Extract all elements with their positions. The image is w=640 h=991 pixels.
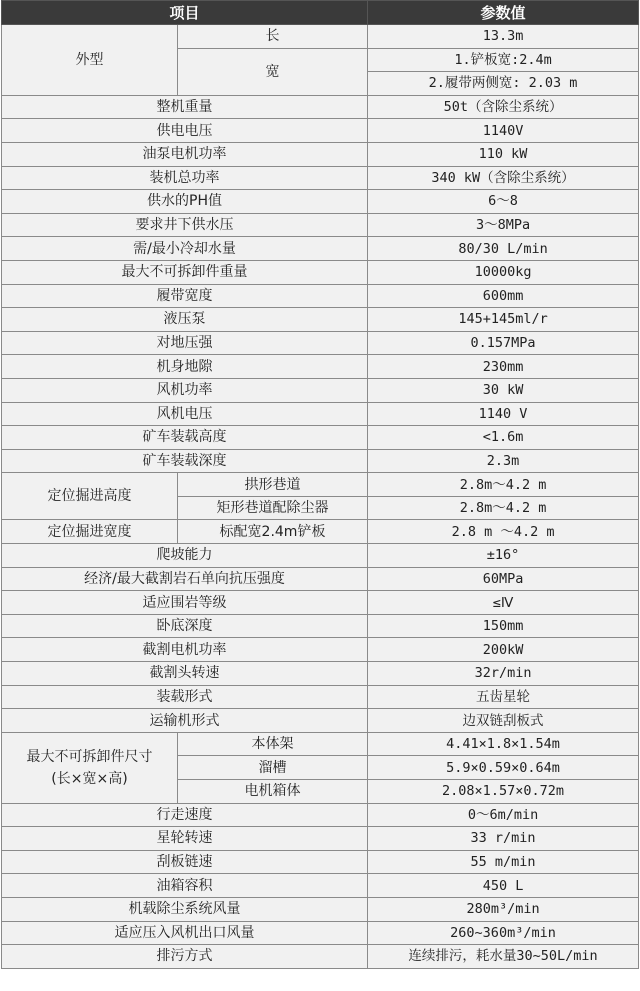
row-value: 2.8m～4.2 m: [368, 496, 639, 520]
table-row: 排污方式连续排污，耗水量30~50L/min: [2, 945, 639, 969]
table-row: 星轮转速33 r/min: [2, 827, 639, 851]
table-row: 外型 长 13.3m: [2, 25, 639, 49]
row-label: 液压泵: [2, 308, 368, 332]
row-label: 供电电压: [2, 119, 368, 143]
table-row: 对地压强0.157MPa: [2, 331, 639, 355]
table-row: 风机功率30 kW: [2, 378, 639, 402]
row-label: 机身地隙: [2, 355, 368, 379]
row-label: 最大不可拆卸件尺寸 (长×宽×高): [2, 732, 178, 803]
row-value: 32r/min: [368, 662, 639, 686]
sub-label: 标配宽2.4m铲板: [178, 520, 368, 544]
sub-label: 宽: [178, 48, 368, 95]
table-row: 行走速度0～6m/min: [2, 803, 639, 827]
row-label: 截割电机功率: [2, 638, 368, 662]
row-value: 10000kg: [368, 260, 639, 284]
table-row: 最大不可拆卸件重量10000kg: [2, 260, 639, 284]
row-label: 机载除尘系统风量: [2, 897, 368, 921]
sub-label: 拱形巷道: [178, 473, 368, 497]
table-row: 适应压入风机出口风量260~360m³/min: [2, 921, 639, 945]
row-label: 爬坡能力: [2, 544, 368, 568]
table-row: 最大不可拆卸件尺寸 (长×宽×高) 本体架 4.41×1.8×1.54m: [2, 732, 639, 756]
row-value: 2.8m～4.2 m: [368, 473, 639, 497]
row-value: 2.8 m ～4.2 m: [368, 520, 639, 544]
row-value: 50t（含除尘系统）: [368, 95, 639, 119]
row-value: 60MPa: [368, 567, 639, 591]
row-label: 履带宽度: [2, 284, 368, 308]
table-row: 矿车装载高度<1.6m: [2, 426, 639, 450]
row-label: 供水的PH值: [2, 190, 368, 214]
sub-label: 溜槽: [178, 756, 368, 780]
table-row: 整机重量50t（含除尘系统）: [2, 95, 639, 119]
row-label: 星轮转速: [2, 827, 368, 851]
row-label: 对地压强: [2, 331, 368, 355]
row-label: 运输机形式: [2, 709, 368, 733]
row-value: 边双链刮板式: [368, 709, 639, 733]
table-row: 截割头转速32r/min: [2, 662, 639, 686]
row-value: 145+145ml/r: [368, 308, 639, 332]
row-value: 55 m/min: [368, 850, 639, 874]
header-value: 参数值: [368, 1, 639, 25]
row-label: 风机功率: [2, 378, 368, 402]
row-label: 经济/最大截割岩石单向抗压强度: [2, 567, 368, 591]
table-row: 风机电压1140 V: [2, 402, 639, 426]
table-row: 要求井下供水压3～8MPa: [2, 213, 639, 237]
table-row: 卧底深度150mm: [2, 614, 639, 638]
table-row: 机身地隙230mm: [2, 355, 639, 379]
row-value: 1.铲板宽:2.4m: [368, 48, 639, 72]
table-row: 装载形式五齿星轮: [2, 685, 639, 709]
row-value: 340 kW（含除尘系统）: [368, 166, 639, 190]
row-value: 连续排污，耗水量30~50L/min: [368, 945, 639, 969]
row-value: 30 kW: [368, 378, 639, 402]
table-row: 定位掘进高度 拱形巷道 2.8m～4.2 m: [2, 473, 639, 497]
table-row: 需/最小冷却水量80/30 L/min: [2, 237, 639, 261]
row-label: 定位掘进宽度: [2, 520, 178, 544]
row-label: 风机电压: [2, 402, 368, 426]
row-label-line1: 最大不可拆卸件尺寸: [2, 746, 177, 768]
row-value: 1140V: [368, 119, 639, 143]
row-value: 230mm: [368, 355, 639, 379]
table-row: 适应围岩等级≤Ⅳ: [2, 591, 639, 615]
row-value: 0～6m/min: [368, 803, 639, 827]
table-row: 爬坡能力±16°: [2, 544, 639, 568]
row-value: 600mm: [368, 284, 639, 308]
row-value: 6～8: [368, 190, 639, 214]
row-value: ≤Ⅳ: [368, 591, 639, 615]
row-value: 450 L: [368, 874, 639, 898]
row-value: ±16°: [368, 544, 639, 568]
table-row: 刮板链速55 m/min: [2, 850, 639, 874]
row-label: 需/最小冷却水量: [2, 237, 368, 261]
row-value: 280m³/min: [368, 897, 639, 921]
row-label: 卧底深度: [2, 614, 368, 638]
row-value: 80/30 L/min: [368, 237, 639, 261]
row-value: <1.6m: [368, 426, 639, 450]
row-value: 4.41×1.8×1.54m: [368, 732, 639, 756]
row-label: 排污方式: [2, 945, 368, 969]
row-label: 油箱容积: [2, 874, 368, 898]
table-row: 经济/最大截割岩石单向抗压强度60MPa: [2, 567, 639, 591]
table-header-row: 项目 参数值: [2, 1, 639, 25]
row-label: 整机重量: [2, 95, 368, 119]
sub-label: 长: [178, 25, 368, 49]
row-label: 外型: [2, 25, 178, 96]
row-value: 0.157MPa: [368, 331, 639, 355]
table-row: 装机总功率340 kW（含除尘系统）: [2, 166, 639, 190]
row-label: 矿车装载深度: [2, 449, 368, 473]
header-item: 项目: [2, 1, 368, 25]
row-label: 行走速度: [2, 803, 368, 827]
table-row: 供水的PH值6～8: [2, 190, 639, 214]
row-label: 最大不可拆卸件重量: [2, 260, 368, 284]
row-value: 200kW: [368, 638, 639, 662]
row-value: 五齿星轮: [368, 685, 639, 709]
row-value: 33 r/min: [368, 827, 639, 851]
table-row: 油泵电机功率110 kW: [2, 142, 639, 166]
row-label: 装载形式: [2, 685, 368, 709]
row-value: 110 kW: [368, 142, 639, 166]
table-row: 矿车装载深度2.3m: [2, 449, 639, 473]
table-row: 定位掘进宽度 标配宽2.4m铲板 2.8 m ～4.2 m: [2, 520, 639, 544]
sub-label: 电机箱体: [178, 780, 368, 804]
row-label: 油泵电机功率: [2, 142, 368, 166]
row-value: 1140 V: [368, 402, 639, 426]
table-row: 机载除尘系统风量280m³/min: [2, 897, 639, 921]
table-row: 油箱容积450 L: [2, 874, 639, 898]
row-value: 13.3m: [368, 25, 639, 49]
row-label: 截割头转速: [2, 662, 368, 686]
table-row: 液压泵145+145ml/r: [2, 308, 639, 332]
table-row: 履带宽度600mm: [2, 284, 639, 308]
row-label: 装机总功率: [2, 166, 368, 190]
row-value: 3～8MPa: [368, 213, 639, 237]
row-value: 150mm: [368, 614, 639, 638]
table-row: 供电电压1140V: [2, 119, 639, 143]
row-value: 2.08×1.57×0.72m: [368, 780, 639, 804]
sub-label: 矩形巷道配除尘器: [178, 496, 368, 520]
table-row: 截割电机功率200kW: [2, 638, 639, 662]
row-value: 2.履带两侧宽: 2.03 m: [368, 72, 639, 96]
row-label: 矿车装载高度: [2, 426, 368, 450]
row-label: 适应压入风机出口风量: [2, 921, 368, 945]
spec-table: 项目 参数值 外型 长 13.3m 宽 1.铲板宽:2.4m 2.履带两侧宽: …: [1, 0, 639, 969]
row-label: 刮板链速: [2, 850, 368, 874]
row-label: 适应围岩等级: [2, 591, 368, 615]
table-row: 运输机形式边双链刮板式: [2, 709, 639, 733]
row-label: 要求井下供水压: [2, 213, 368, 237]
row-label-line2: (长×宽×高): [2, 768, 177, 790]
row-value: 260~360m³/min: [368, 921, 639, 945]
row-value: 2.3m: [368, 449, 639, 473]
sub-label: 本体架: [178, 732, 368, 756]
row-value: 5.9×0.59×0.64m: [368, 756, 639, 780]
row-label: 定位掘进高度: [2, 473, 178, 520]
